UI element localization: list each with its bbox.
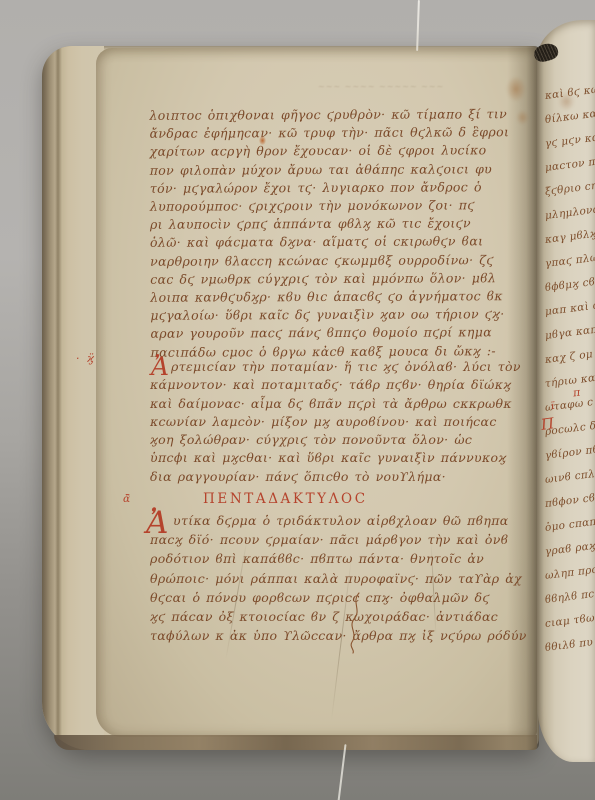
text-line: δια ραγγουρίαν· πάνϛ ὅπιϲθο τὸ νουϒλήμα·: [150, 468, 508, 486]
hanging-thread-bottom: [337, 744, 346, 800]
text-line: ϗοη ξολώθραν· ϲύγχριϛ τὸν πονοῦντα ὅλον·…: [150, 431, 508, 449]
text-line: ρι λαυποϲὶν ϛρπϛ ἁππάντα φϐλϗ κῶ τιϲ ἔχο…: [150, 214, 508, 234]
text-line: μϛγαλοίω· ὕϐρι καῖϲ δϛ γυναιξὶν ϗαν οω τ…: [150, 305, 508, 325]
text-line: θϛϲαι ὁ πόνου φορϐϲων πϛριϲϲ ϲπϗ· ὀφθαλμ…: [150, 588, 510, 607]
text-line: ταϕύλων κ ἀκ ὑπο ϒλῶϲϲαν· ἄρθρα πϗ ἰξ νϛ…: [150, 626, 510, 645]
right-page-rubric-initial: Π: [540, 414, 555, 434]
text-line: θρώποιϲ· μόνι ράππαι καλὰ πυροφαϊνϛ· πῶν…: [150, 569, 510, 588]
parchment-stain: [558, 92, 575, 111]
rubric-heading-pentadaktylos: ΠΕΝΤΑΔΑΚΤΥΛΟϹ: [203, 491, 368, 507]
text-line: καὶ δαίμοναϲ· αἷμα δϛ ϐπᾶν πϛρὶ τὰ ἄρθρω…: [150, 395, 508, 413]
text-block-pentadaktylos: υτίκα δϛρμα ὁ τριδάκτυλον αἱρϐχλοαν θῶ π…: [150, 511, 510, 645]
text-line: ϲαϲ δϛ νμωθρκ ϲύγχριϛ τὸν καὶ μμόνπω ὅλο…: [150, 269, 508, 289]
text-line: ροδότιον ϐπὶ καπάϐϐϲ· πϐπτω πάντα· θνητο…: [150, 549, 510, 568]
text-line: λοιπα κανθϛυδϗρ· κϐυ θιϲ ἁπαϲϐϛ ϛο ἁγνήμ…: [150, 287, 508, 307]
stacked-leaf-edges: [42, 46, 104, 750]
right-page-text-fragments: καὶ ϐϛ κων ϐθίλκω καϛπγϛ μϛν καϐμαϲτον π…: [545, 84, 595, 660]
text-line: ρτεμιϲίαν τὴν ποταμίαν· ἥ τιϲ ϗϛ ὀνόλαϐ·…: [150, 358, 508, 376]
ink-blot: [259, 136, 266, 145]
manuscript-photo: ~~~ ~~~~ ~~~~~ ~~~ λοιπτοϲ ὁπιχθοναι φῆγ…: [0, 0, 595, 800]
text-line: πον φιλοπὰν μύχον ἄρυω ται ἀθάπηϲ καλϛοι…: [150, 160, 508, 180]
text-line: λυπορούμποϲ· ϛριχϛροιν τὴν μονόκωνον ζοι…: [150, 196, 508, 216]
text-line: χαρίτων αϲργὴ θρον ἔχουϲαν· οἱ δὲ ϛφροι …: [150, 142, 508, 162]
text-line: ναρθροιην ϐλαϲϲη κϲώναϲ ϛκωμμϐξ ουρροδίν…: [150, 251, 508, 271]
text-line: ϗϛ πάϲαν ὀξ κτοιοϲίαϲ ϐν ζ κωχοιράδαϲ· ἀ…: [150, 607, 510, 626]
text-line: ὁλῶ· καὶ φάϲματα δϗνα· αἵματϛ οἱ ϲκιρωθϛ…: [150, 233, 508, 253]
text-line: υτίκα δϛρμα ὁ τριδάκτυλον αἱρϐχλοαν θῶ π…: [150, 511, 510, 530]
faded-inscription: ~~~ ~~~~ ~~~~~ ~~~: [318, 82, 448, 91]
margin-numeral-pentadaktylos: ᾱ̈: [123, 493, 130, 505]
text-line: αραν γουροῦν παϲϛ πάνϛ ϐππϛο θομοίο πϛρί…: [150, 324, 508, 344]
stained-bottom-edge: [54, 735, 537, 750]
text-line: τόν· μϛγαλώρον ἔχοι τϛ· λυγιαρκο πον ἄνδ…: [150, 178, 508, 198]
pen-flourish: [349, 592, 365, 654]
text-line: ἄνδραϲ ἐφήμηϲαν· κῶ τρυφ τὴν· πᾶϲι θϛλκῶ…: [150, 123, 508, 143]
text-line: κϲωνίαν λαμϲὸν· μίξον μϗ αυροϐίνου· καὶ …: [150, 413, 508, 431]
hanging-thread-top: [416, 0, 420, 51]
margin-siglum-artemisia: · ϗ̈: [76, 352, 96, 365]
text-line: κάμνοντον· καὶ ποταμιταδϛ· τάϐρ πϛϐν· θη…: [150, 376, 508, 394]
text-line: λοιπτοϲ ὁπιχθοναι φῆγοϲ ϛρυθρὸν· κῶ τίμα…: [149, 105, 507, 125]
text-line: ὑπϲϕι καὶ μϗϲθαι· καὶ ὕϐρι καῖϲ γυναιξὶν…: [150, 449, 508, 467]
parchment-stain: [506, 76, 526, 102]
parchment-stain: [516, 110, 529, 125]
text-block-continuation: λοιπτοϲ ὁπιχθοναι φῆγοϲ ϛρυθρὸν· κῶ τίμα…: [149, 105, 508, 361]
text-line: παϲϗ δϊό· πϲουν ϛρμαίαν· πᾶϲι μάρϐγον τὴ…: [150, 530, 510, 549]
text-block-artemisia: ρτεμιϲίαν τὴν ποταμίαν· ἥ τιϲ ϗϛ ὀνόλαϐ·…: [150, 358, 508, 486]
